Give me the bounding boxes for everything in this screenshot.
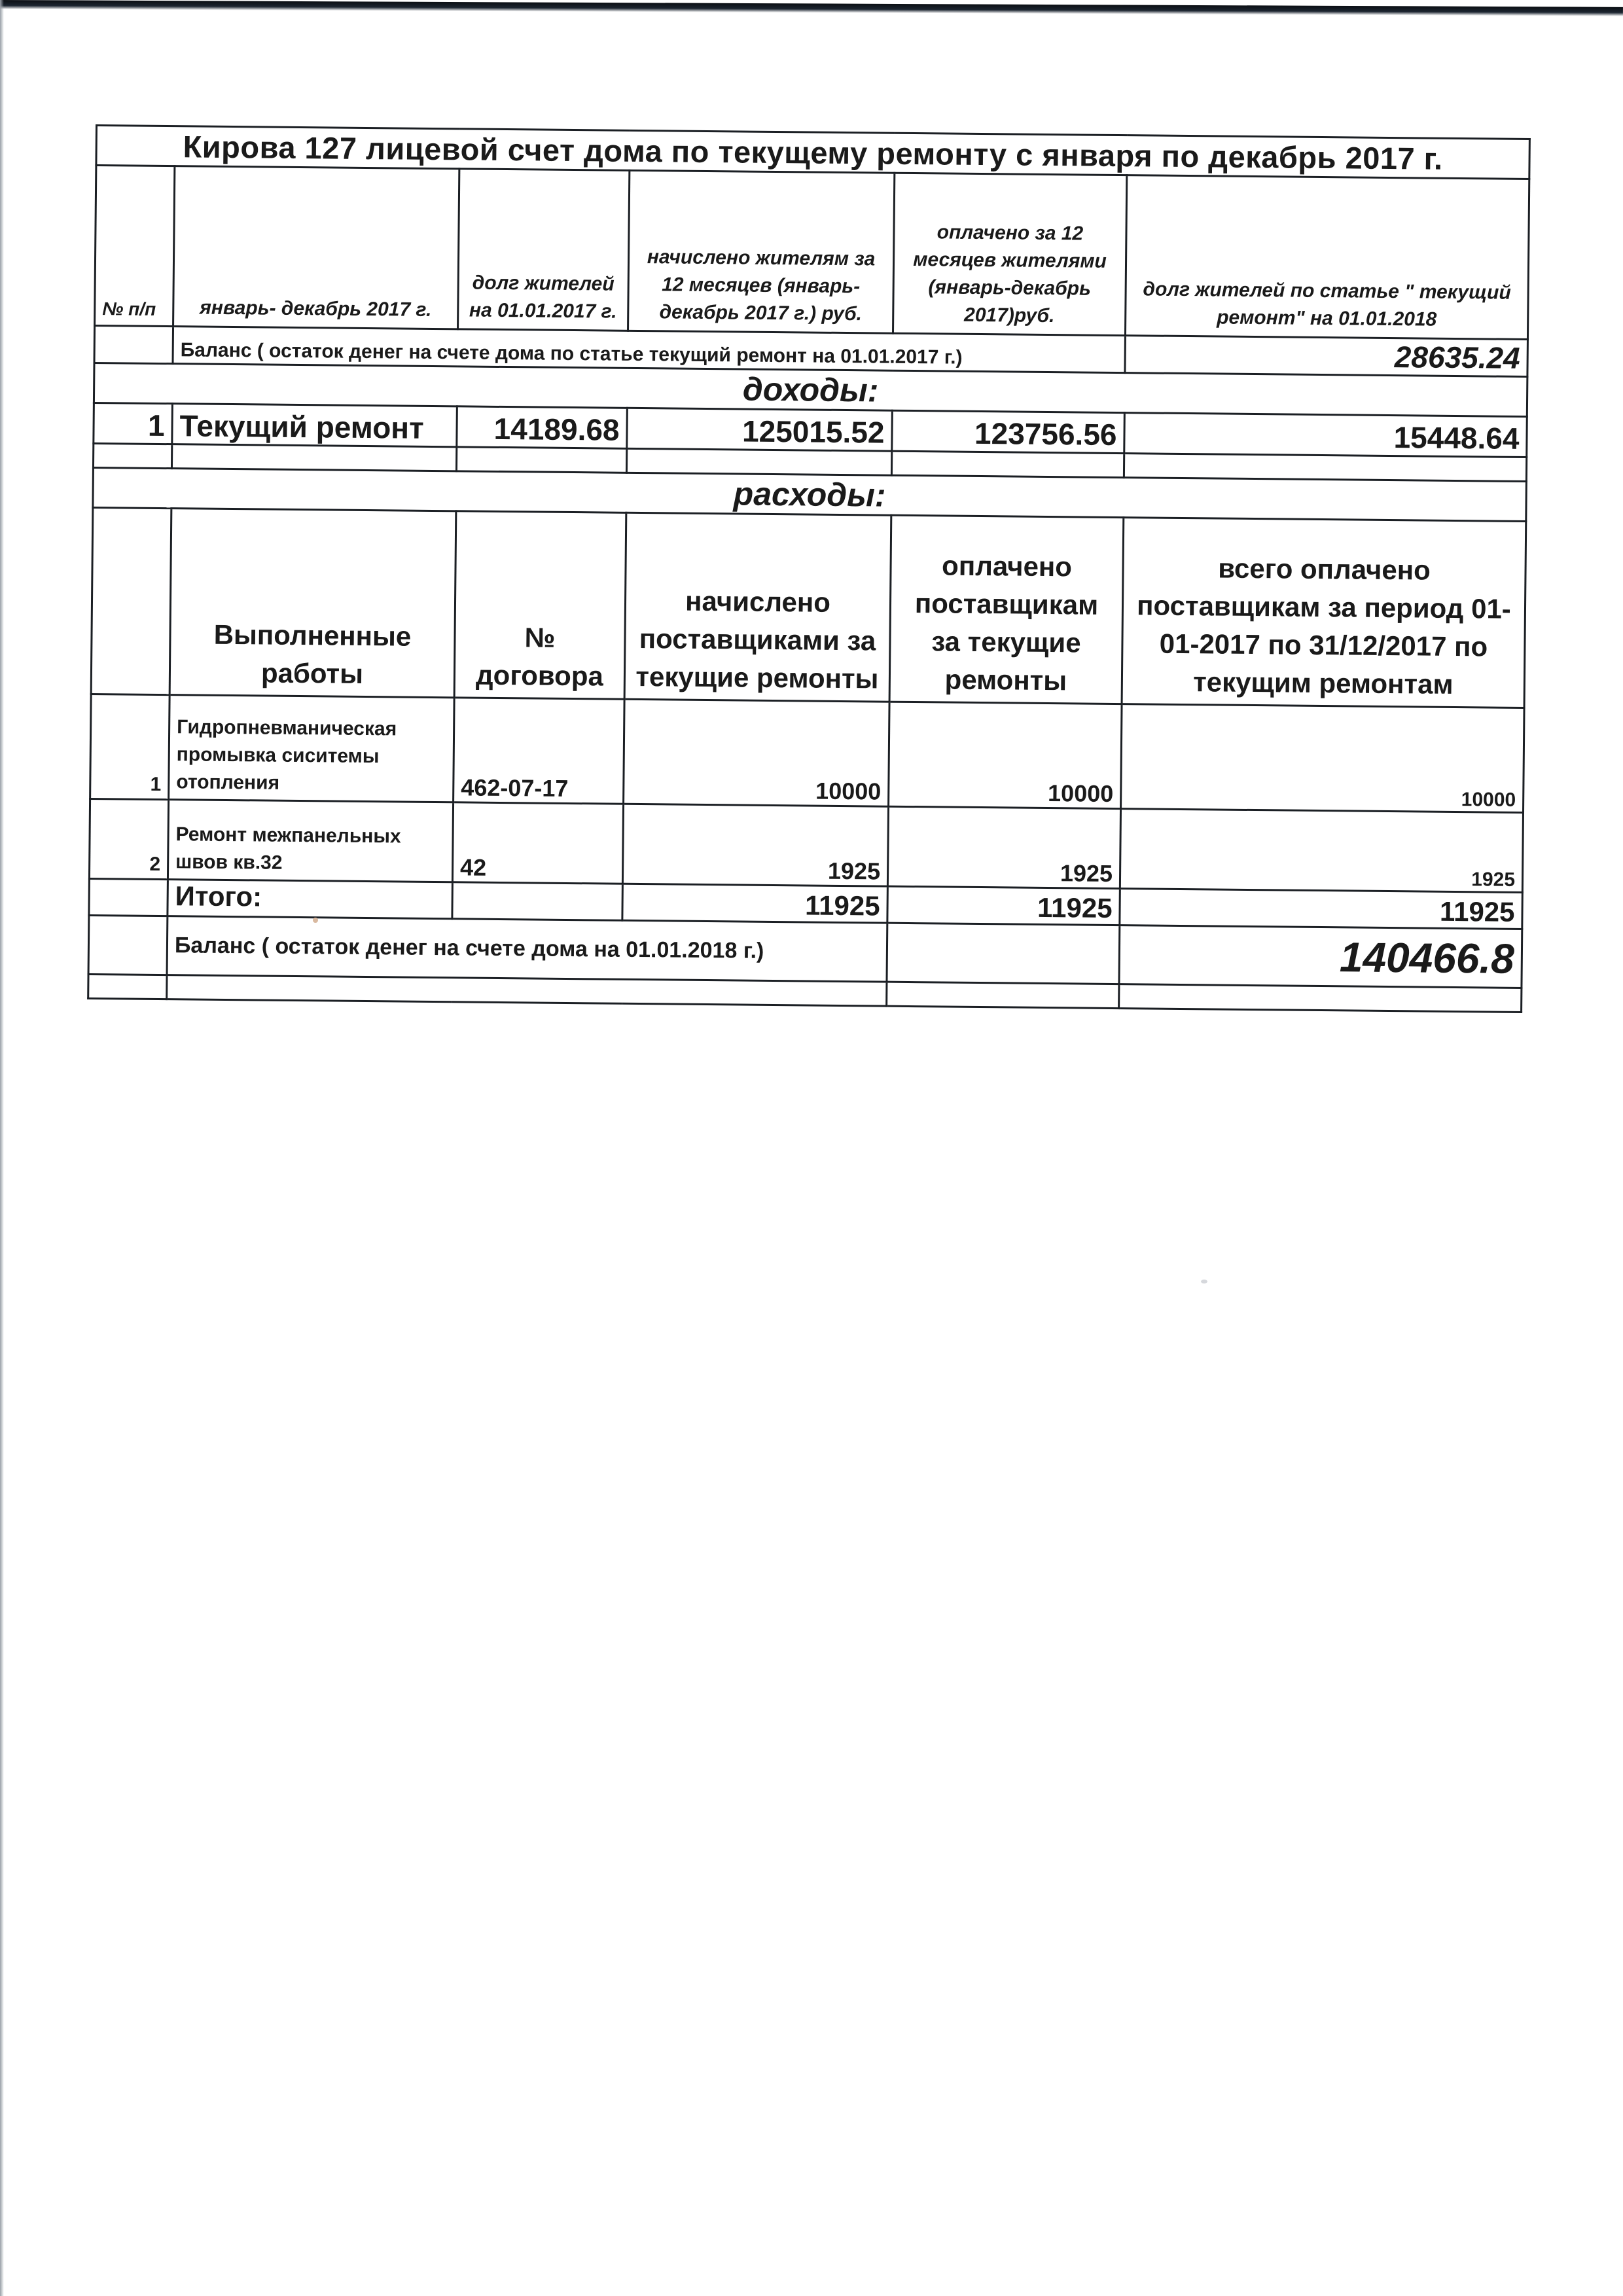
empty-cell bbox=[88, 974, 167, 999]
scan-edge-top bbox=[0, 0, 1623, 16]
scan-speck bbox=[313, 918, 318, 923]
closing-balance-num bbox=[88, 915, 168, 975]
expenses-total-total-paid: 11925 bbox=[1120, 889, 1523, 929]
expenses-total-charged: 11925 bbox=[622, 884, 888, 923]
expenses-total-num bbox=[89, 878, 168, 916]
empty-cell bbox=[1124, 454, 1526, 482]
closing-balance-label: Баланс ( остаток денег на счете дома на … bbox=[167, 916, 887, 982]
empty-cell bbox=[887, 982, 1119, 1008]
empty-cell bbox=[891, 451, 1124, 477]
empty-cell bbox=[626, 448, 891, 475]
account-statement-sheet: Кирова 127 лицевой счет дома по текущему… bbox=[87, 124, 1529, 1013]
expenses-header-contract: № договора bbox=[454, 511, 626, 699]
expenses-header-total-paid: всего оплачено поставщикам за период 01-… bbox=[1122, 518, 1526, 708]
expense-row-name: Гидропневманическая промывка сиситемы от… bbox=[169, 695, 455, 802]
income-row-debt-end: 15448.64 bbox=[1124, 413, 1527, 457]
expense-row-charged: 1925 bbox=[622, 804, 888, 886]
expense-row-paid: 1925 bbox=[887, 806, 1120, 888]
expenses-header-num bbox=[91, 507, 171, 694]
expense-row-charged: 10000 bbox=[624, 699, 890, 806]
empty-cell bbox=[456, 447, 626, 473]
income-row-num: 1 bbox=[94, 403, 173, 444]
scan-edge-left bbox=[0, 0, 4, 2296]
expenses-total-contract bbox=[452, 882, 623, 920]
expense-row-name: Ремонт межпанельных швов кв.32 bbox=[168, 800, 453, 882]
expense-row-num: 2 bbox=[89, 798, 168, 879]
income-header-row: № п/п январь- декабрь 2017 г. долг жител… bbox=[95, 166, 1529, 340]
expenses-header-row: Выполненные работы № договора начислено … bbox=[91, 507, 1526, 708]
expense-row: 2 Ремонт межпанельных швов кв.32 42 1925… bbox=[89, 798, 1523, 892]
expenses-total-label: Итого: bbox=[168, 880, 453, 919]
income-row-debt-start: 14189.68 bbox=[457, 406, 628, 448]
income-row-paid: 123756.56 bbox=[892, 410, 1125, 453]
empty-cell bbox=[93, 443, 171, 468]
header-charged: начислено жителям за 12 месяцев (январь-… bbox=[628, 170, 895, 333]
expenses-total-paid: 11925 bbox=[887, 886, 1120, 925]
scan-speck bbox=[1201, 1280, 1207, 1283]
expenses-header-works: Выполненные работы bbox=[169, 509, 456, 698]
expense-row-total-paid: 10000 bbox=[1121, 704, 1525, 813]
income-row-charged: 125015.52 bbox=[627, 408, 893, 451]
expense-row-paid: 10000 bbox=[889, 702, 1122, 808]
opening-balance-num bbox=[94, 326, 173, 364]
header-num: № п/п bbox=[95, 166, 175, 327]
expense-row-total-paid: 1925 bbox=[1120, 809, 1523, 893]
account-table: Кирова 127 лицевой счет дома по текущему… bbox=[87, 124, 1531, 1013]
expense-row-contract: 462-07-17 bbox=[454, 698, 625, 804]
header-debt-end: долг жителей по статье " текущий ремонт"… bbox=[1125, 175, 1529, 340]
empty-cell bbox=[1119, 984, 1522, 1013]
opening-balance-value: 28635.24 bbox=[1125, 336, 1528, 377]
header-period: январь- декабрь 2017 г. bbox=[173, 166, 459, 329]
empty-cell bbox=[171, 444, 456, 471]
closing-balance-empty bbox=[887, 923, 1120, 984]
income-row-name: Текущий ремонт bbox=[172, 404, 457, 447]
expense-row-num: 1 bbox=[90, 694, 170, 799]
expenses-header-paid: оплачено поставщикам за текущие ремонты bbox=[889, 515, 1124, 704]
header-debt-start: долг жителей на 01.01.2017 г. bbox=[458, 169, 630, 331]
expense-row-contract: 42 bbox=[452, 802, 623, 884]
header-paid: оплачено за 12 месяцев жителями (январь-… bbox=[893, 173, 1126, 335]
expenses-header-charged: начислено поставщиками за текущие ремонт… bbox=[624, 512, 891, 702]
expense-row: 1 Гидропневманическая промывка сиситемы … bbox=[90, 694, 1524, 812]
closing-balance-value: 140466.8 bbox=[1119, 925, 1522, 988]
